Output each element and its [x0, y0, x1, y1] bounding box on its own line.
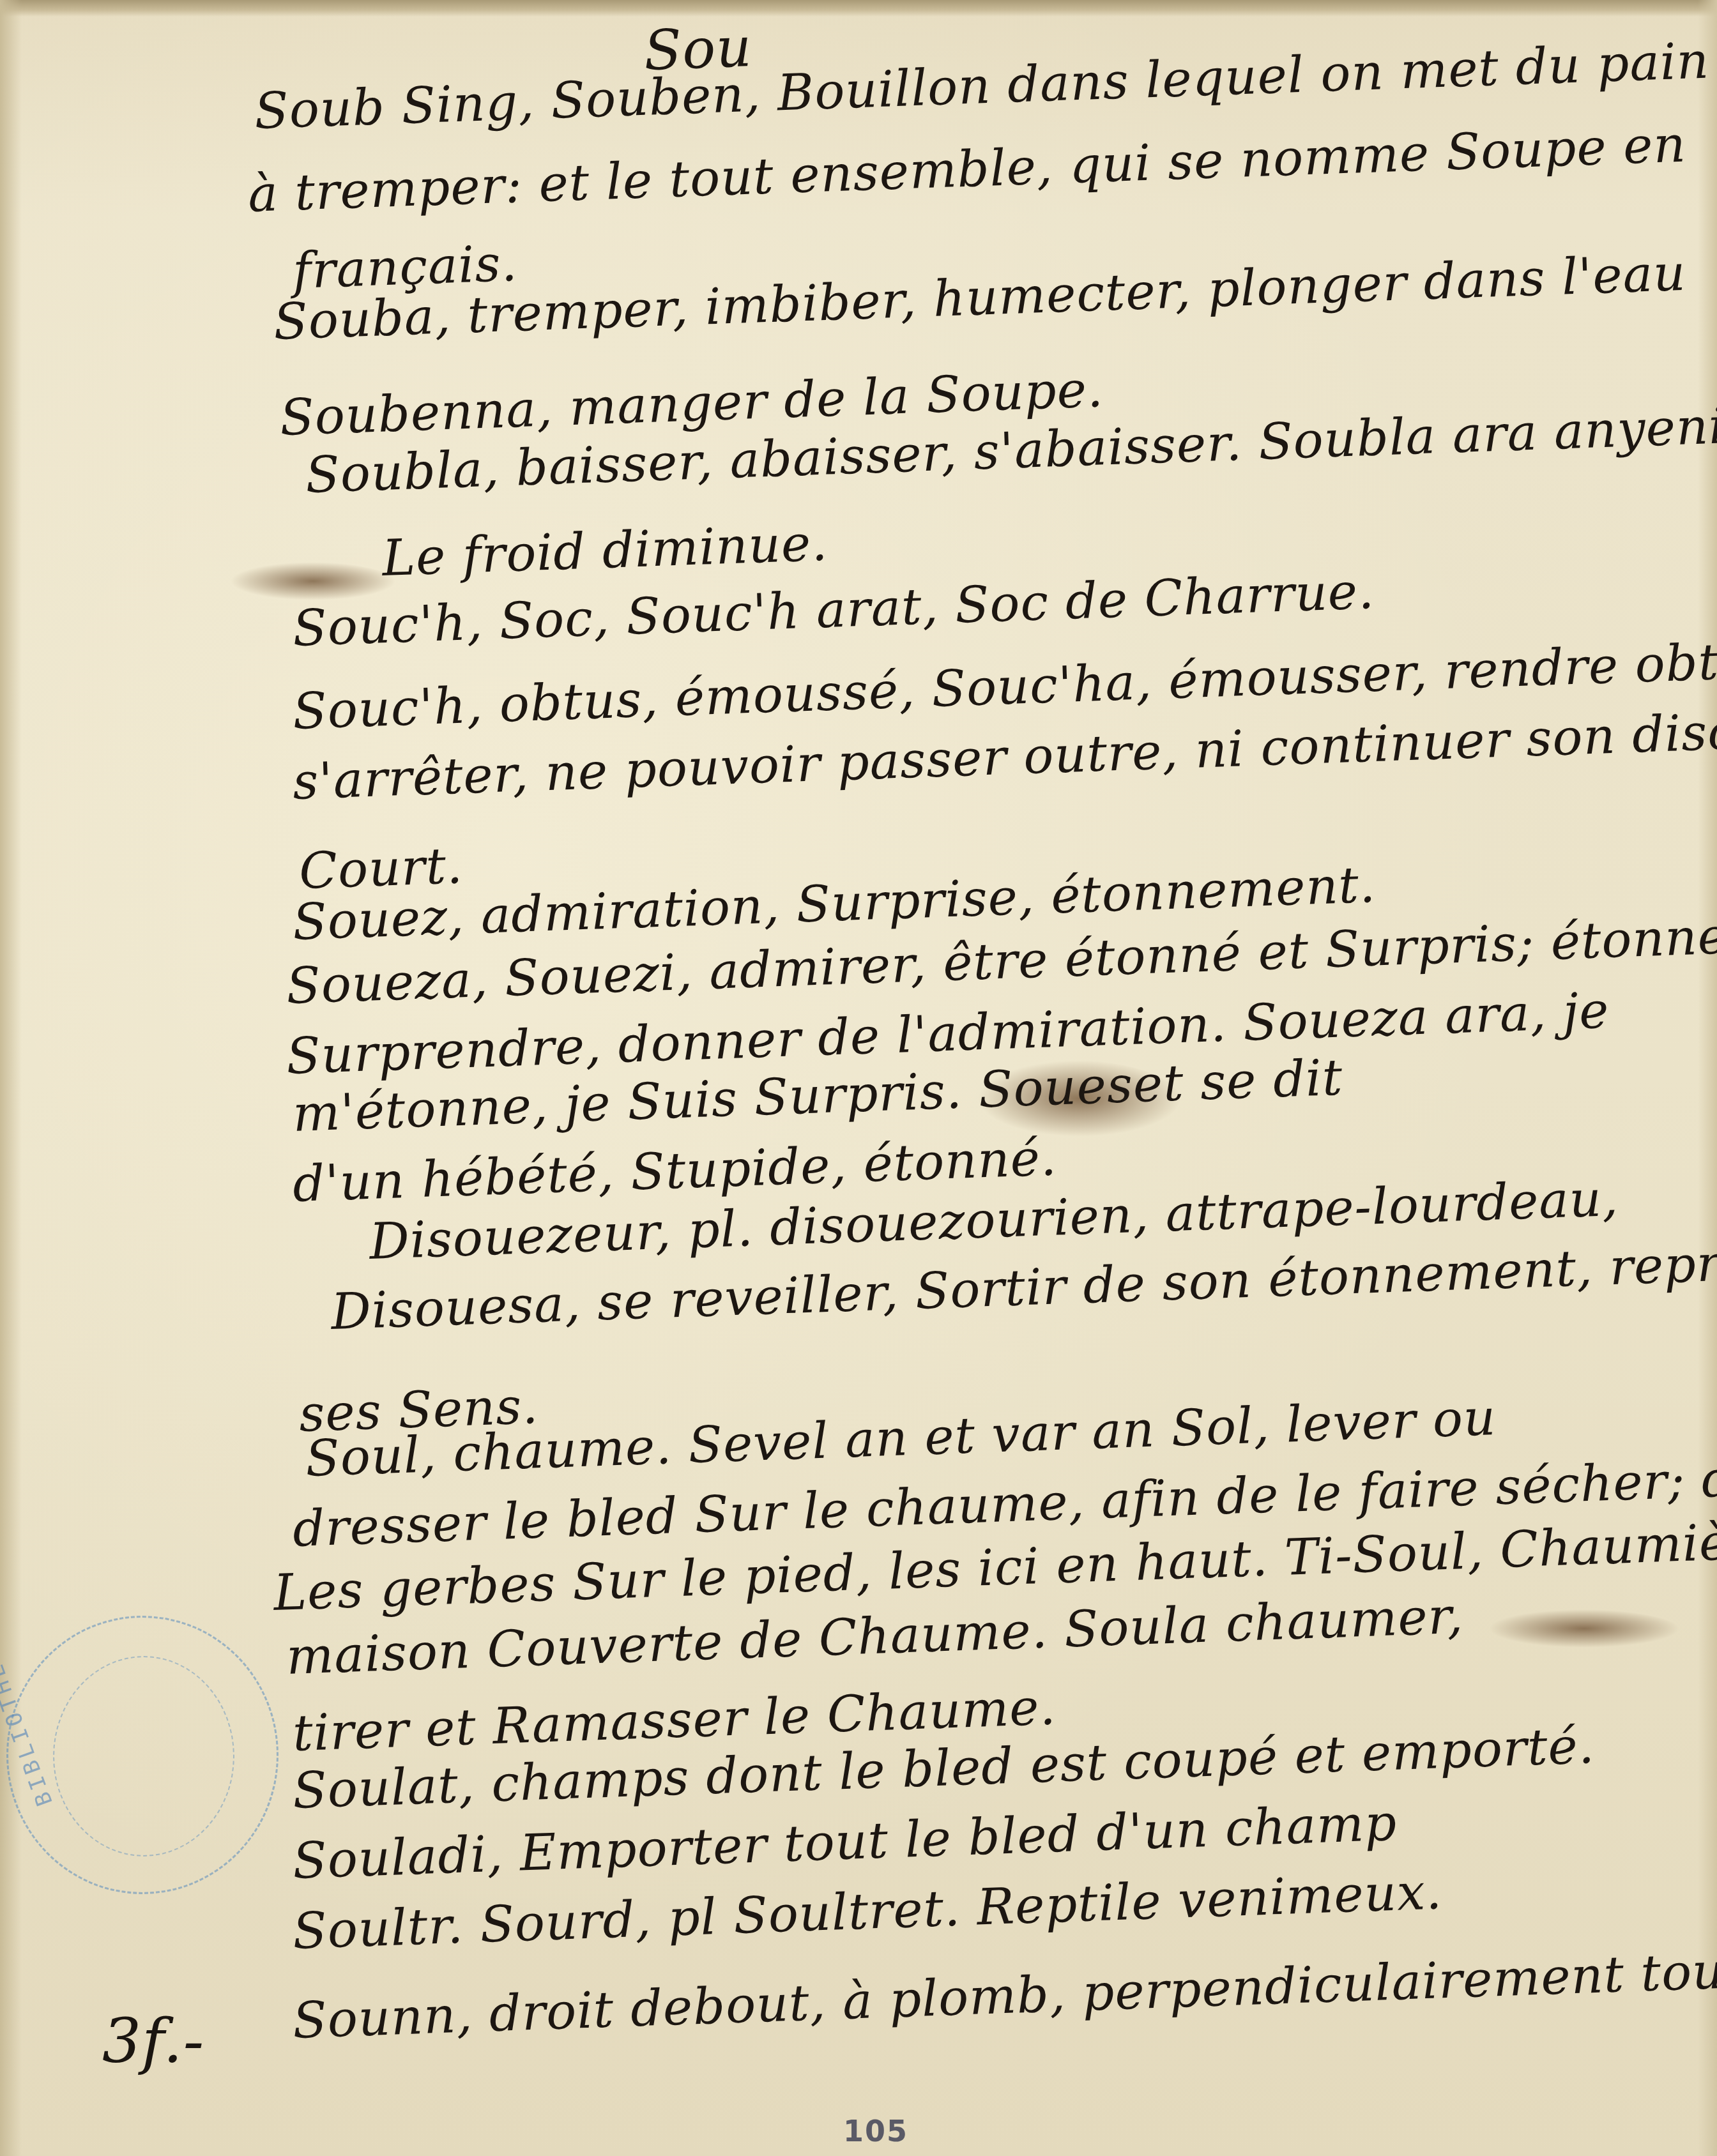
- library-stamp: BIBLIOTHÈQUE DES FACULTÉS DE: [6, 1616, 279, 1894]
- page-top-edge: [0, 0, 1717, 17]
- page-left-edge: [0, 0, 22, 2156]
- library-stamp-inner-ring: [53, 1656, 234, 1856]
- ink-smudge: [230, 562, 396, 600]
- manuscript-page: BIBLIOTHÈQUE DES FACULTÉS DE Sou Soub Si…: [0, 0, 1717, 2156]
- folio-number: 105: [843, 2114, 908, 2148]
- page-right-edge: [1698, 0, 1717, 2156]
- ink-smudge: [1488, 1609, 1680, 1648]
- margin-annotation: 3f.-: [102, 2005, 204, 2077]
- entry-line: Le froid diminue.: [381, 515, 828, 588]
- entry-line: Sounn, droit debout, à plomb, perpendicu…: [292, 1940, 1717, 2050]
